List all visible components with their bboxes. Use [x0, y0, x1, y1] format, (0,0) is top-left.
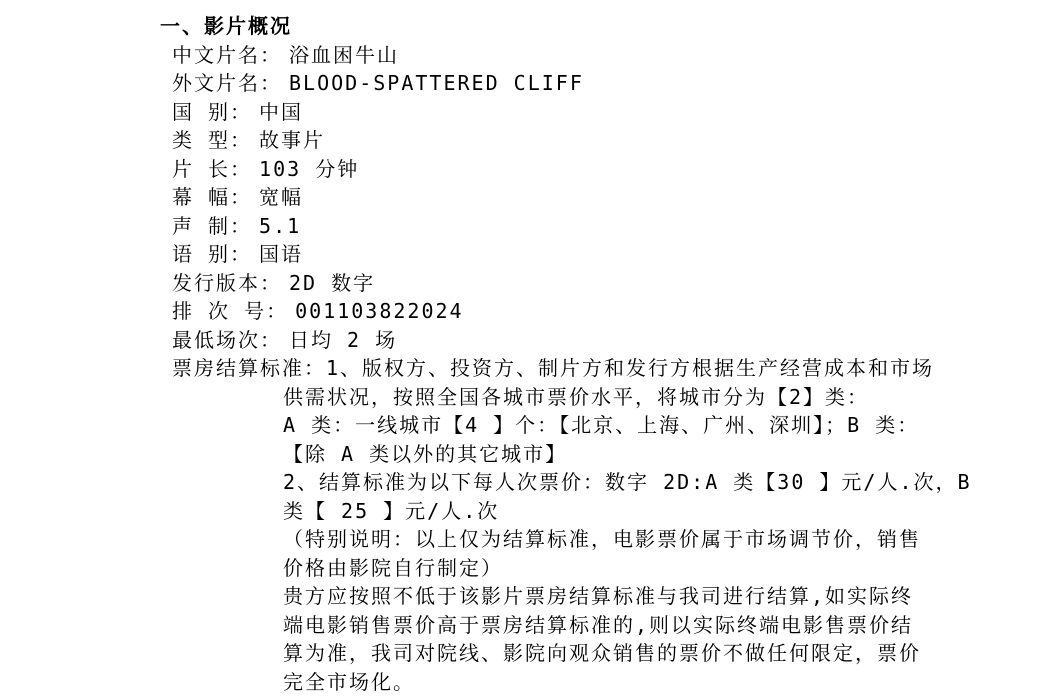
field-label: 语 别：	[172, 242, 252, 266]
settlement-wrapped-line: 贵方应按照不低于该影片票房结算标准与我司进行结算,如实际终	[0, 582, 1053, 611]
field-label: 幕 幅：	[172, 185, 252, 209]
field-label: 类 型：	[172, 128, 252, 152]
field-label: 外文片名：	[172, 71, 282, 95]
settlement-wrapped-line: 2、结算标准为以下每人次票价：数字 2D:A 类【30 】元/人.次，B	[0, 468, 1053, 497]
settlement-first-line: 票房结算标准：1、版权方、投资方、制片方和发行方根据生产经营成本和市场	[0, 354, 1053, 383]
settlement-wrapped-line: （特别说明：以上仅为结算标准，电影票价属于市场调节价，销售	[0, 525, 1053, 554]
settlement-wrapped-line: 完全市场化。	[0, 668, 1053, 697]
section-heading: 一、影片概况	[0, 12, 1053, 41]
field-value: 2D 数字	[289, 271, 375, 295]
field-value: 宽幅	[259, 185, 303, 209]
settlement-label: 票房结算标准：	[172, 356, 326, 380]
field-value: 103 分钟	[259, 157, 359, 181]
field-label: 排 次 号：	[172, 299, 288, 323]
field-runtime: 片 长：103 分钟	[0, 155, 1053, 184]
field-screen-format: 幕 幅：宽幅	[0, 183, 1053, 212]
field-foreign-title: 外文片名：BLOOD-SPATTERED CLIFF	[0, 69, 1053, 98]
document-page: 一、影片概况 中文片名：浴血困牛山 外文片名：BLOOD-SPATTERED C…	[0, 0, 1053, 698]
field-sound-format: 声 制：5.1	[0, 212, 1053, 241]
field-value: 浴血困牛山	[289, 43, 399, 67]
field-label: 国 别：	[172, 100, 252, 124]
field-language: 语 别：国语	[0, 240, 1053, 269]
field-chinese-title: 中文片名：浴血困牛山	[0, 41, 1053, 70]
field-minimum-screenings: 最低场次：日均 2 场	[0, 326, 1053, 355]
settlement-wrapped-line: 端电影销售票价高于票房结算标准的,则以实际终端电影售票价结	[0, 611, 1053, 640]
settlement-wrapped-line: 算为准，我司对院线、影院向观众销售的票价不做任何限定，票价	[0, 639, 1053, 668]
settlement-text: 1、版权方、投资方、制片方和发行方根据生产经营成本和市场	[326, 356, 934, 380]
field-value: 5.1	[259, 214, 301, 238]
field-release-number: 排 次 号：001103822024	[0, 297, 1053, 326]
field-value: 中国	[259, 100, 303, 124]
settlement-wrapped-line: 【除 A 类以外的其它城市】	[0, 440, 1053, 469]
field-label: 片 长：	[172, 157, 252, 181]
settlement-wrapped-line: A 类：一线城市【4 】个：【北京、上海、广州、深圳】；B 类：	[0, 411, 1053, 440]
field-value: 日均 2 场	[289, 328, 397, 352]
field-value: BLOOD-SPATTERED CLIFF	[289, 71, 584, 95]
field-value: 001103822024	[295, 299, 464, 323]
field-label: 发行版本：	[172, 271, 282, 295]
field-label: 最低场次：	[172, 328, 282, 352]
field-label: 声 制：	[172, 214, 252, 238]
field-value: 国语	[259, 242, 303, 266]
field-genre: 类 型：故事片	[0, 126, 1053, 155]
field-label: 中文片名：	[172, 43, 282, 67]
settlement-standard-block: 票房结算标准：1、版权方、投资方、制片方和发行方根据生产经营成本和市场 供需状况…	[0, 354, 1053, 696]
field-release-version: 发行版本：2D 数字	[0, 269, 1053, 298]
field-value: 故事片	[259, 128, 325, 152]
settlement-wrapped-line: 供需状况，按照全国各城市票价水平，将城市分为【2】类：	[0, 383, 1053, 412]
settlement-wrapped-line: 价格由影院自行制定）	[0, 554, 1053, 583]
settlement-wrapped-line: 类【 25 】元/人.次	[0, 497, 1053, 526]
field-country: 国 别：中国	[0, 98, 1053, 127]
